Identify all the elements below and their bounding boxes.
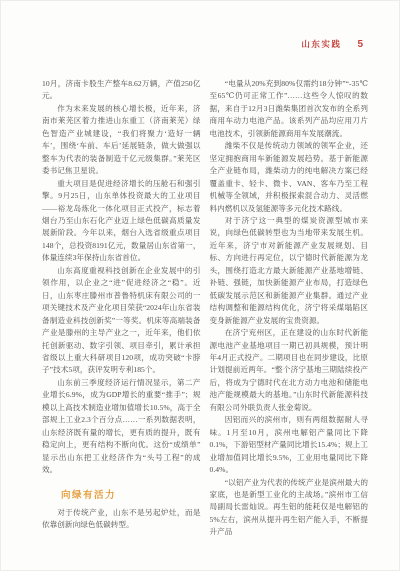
section-heading: 向绿有活力 xyxy=(42,490,201,502)
paragraph: 潍柴不仅是传统动力领域的领军企业，还坚定拥抱商用车新能源发展趋势。基于新能源全产… xyxy=(210,140,369,215)
paragraph: 作为未来发展的核心增长极，近年来，济南市莱芜区着力推进山东重工（济南莱芜）绿色智… xyxy=(42,103,201,178)
paragraph: 在济宁兖州区，正在建设的山东时代新能源电池产业基地项目一期已初具规模，预计明年4… xyxy=(210,327,369,414)
paragraph: 10月，济南卡股生产整车8.62万辆，产值250亿元。 xyxy=(42,78,201,103)
left-column: 10月，济南卡股生产整车8.62万辆，产值250亿元。 作为未来发展的核心增长极… xyxy=(42,78,201,539)
page-number: 5 xyxy=(357,39,363,50)
paragraph: 山东前三季度经济运行情况显示，第二产业增长6.9%，成为GDP增长的重要“推手”… xyxy=(42,377,201,477)
paragraph: 对于济宁这一典型的煤炭资源型城市来说，向绿色低碳转型也为当地带来发展生机。近年来… xyxy=(210,215,369,327)
paragraph: 对于传统产业，山东不是另起炉灶，而是依靠创新向绿色低碳转型。 xyxy=(42,507,201,532)
paragraph: “电量从20%充到80%仅需约18分钟”“-35℃至65℃仍可正常工作”……这些… xyxy=(210,78,369,140)
right-column: “电量从20%充到80%仅需约18分钟”“-35℃至65℃仍可正常工作”……这些… xyxy=(210,78,369,539)
magazine-page: 山东实践 5 10月，济南卡股生产整车8.62万辆，产值250亿元。 作为未来发… xyxy=(0,0,400,571)
article-body: 10月，济南卡股生产整车8.62万辆，产值250亿元。 作为未来发展的核心增长极… xyxy=(42,78,368,539)
paragraph: 山东高度重视科技创新在企业发展中的引领作用，以企业之“进”促进经济之“稳”。近日… xyxy=(42,265,201,377)
paragraph: 重大项目是促进经济增长的压舱石和强引擎。9月25日，山东单体投资最大的工业项目—… xyxy=(42,178,201,265)
section-label: 山东实践 xyxy=(301,38,341,50)
page-header: 山东实践 5 xyxy=(301,38,363,50)
paragraph: 因铝而兴的滨州市，则有两组数据耐人寻味。1月至10月，滨州电解铝产量同比下降0.… xyxy=(210,414,369,476)
paragraph: “以铝产业为代表的传统产业是滨州最大的家底，也是新型工业化的主战场。”滨州市工信… xyxy=(210,477,369,539)
